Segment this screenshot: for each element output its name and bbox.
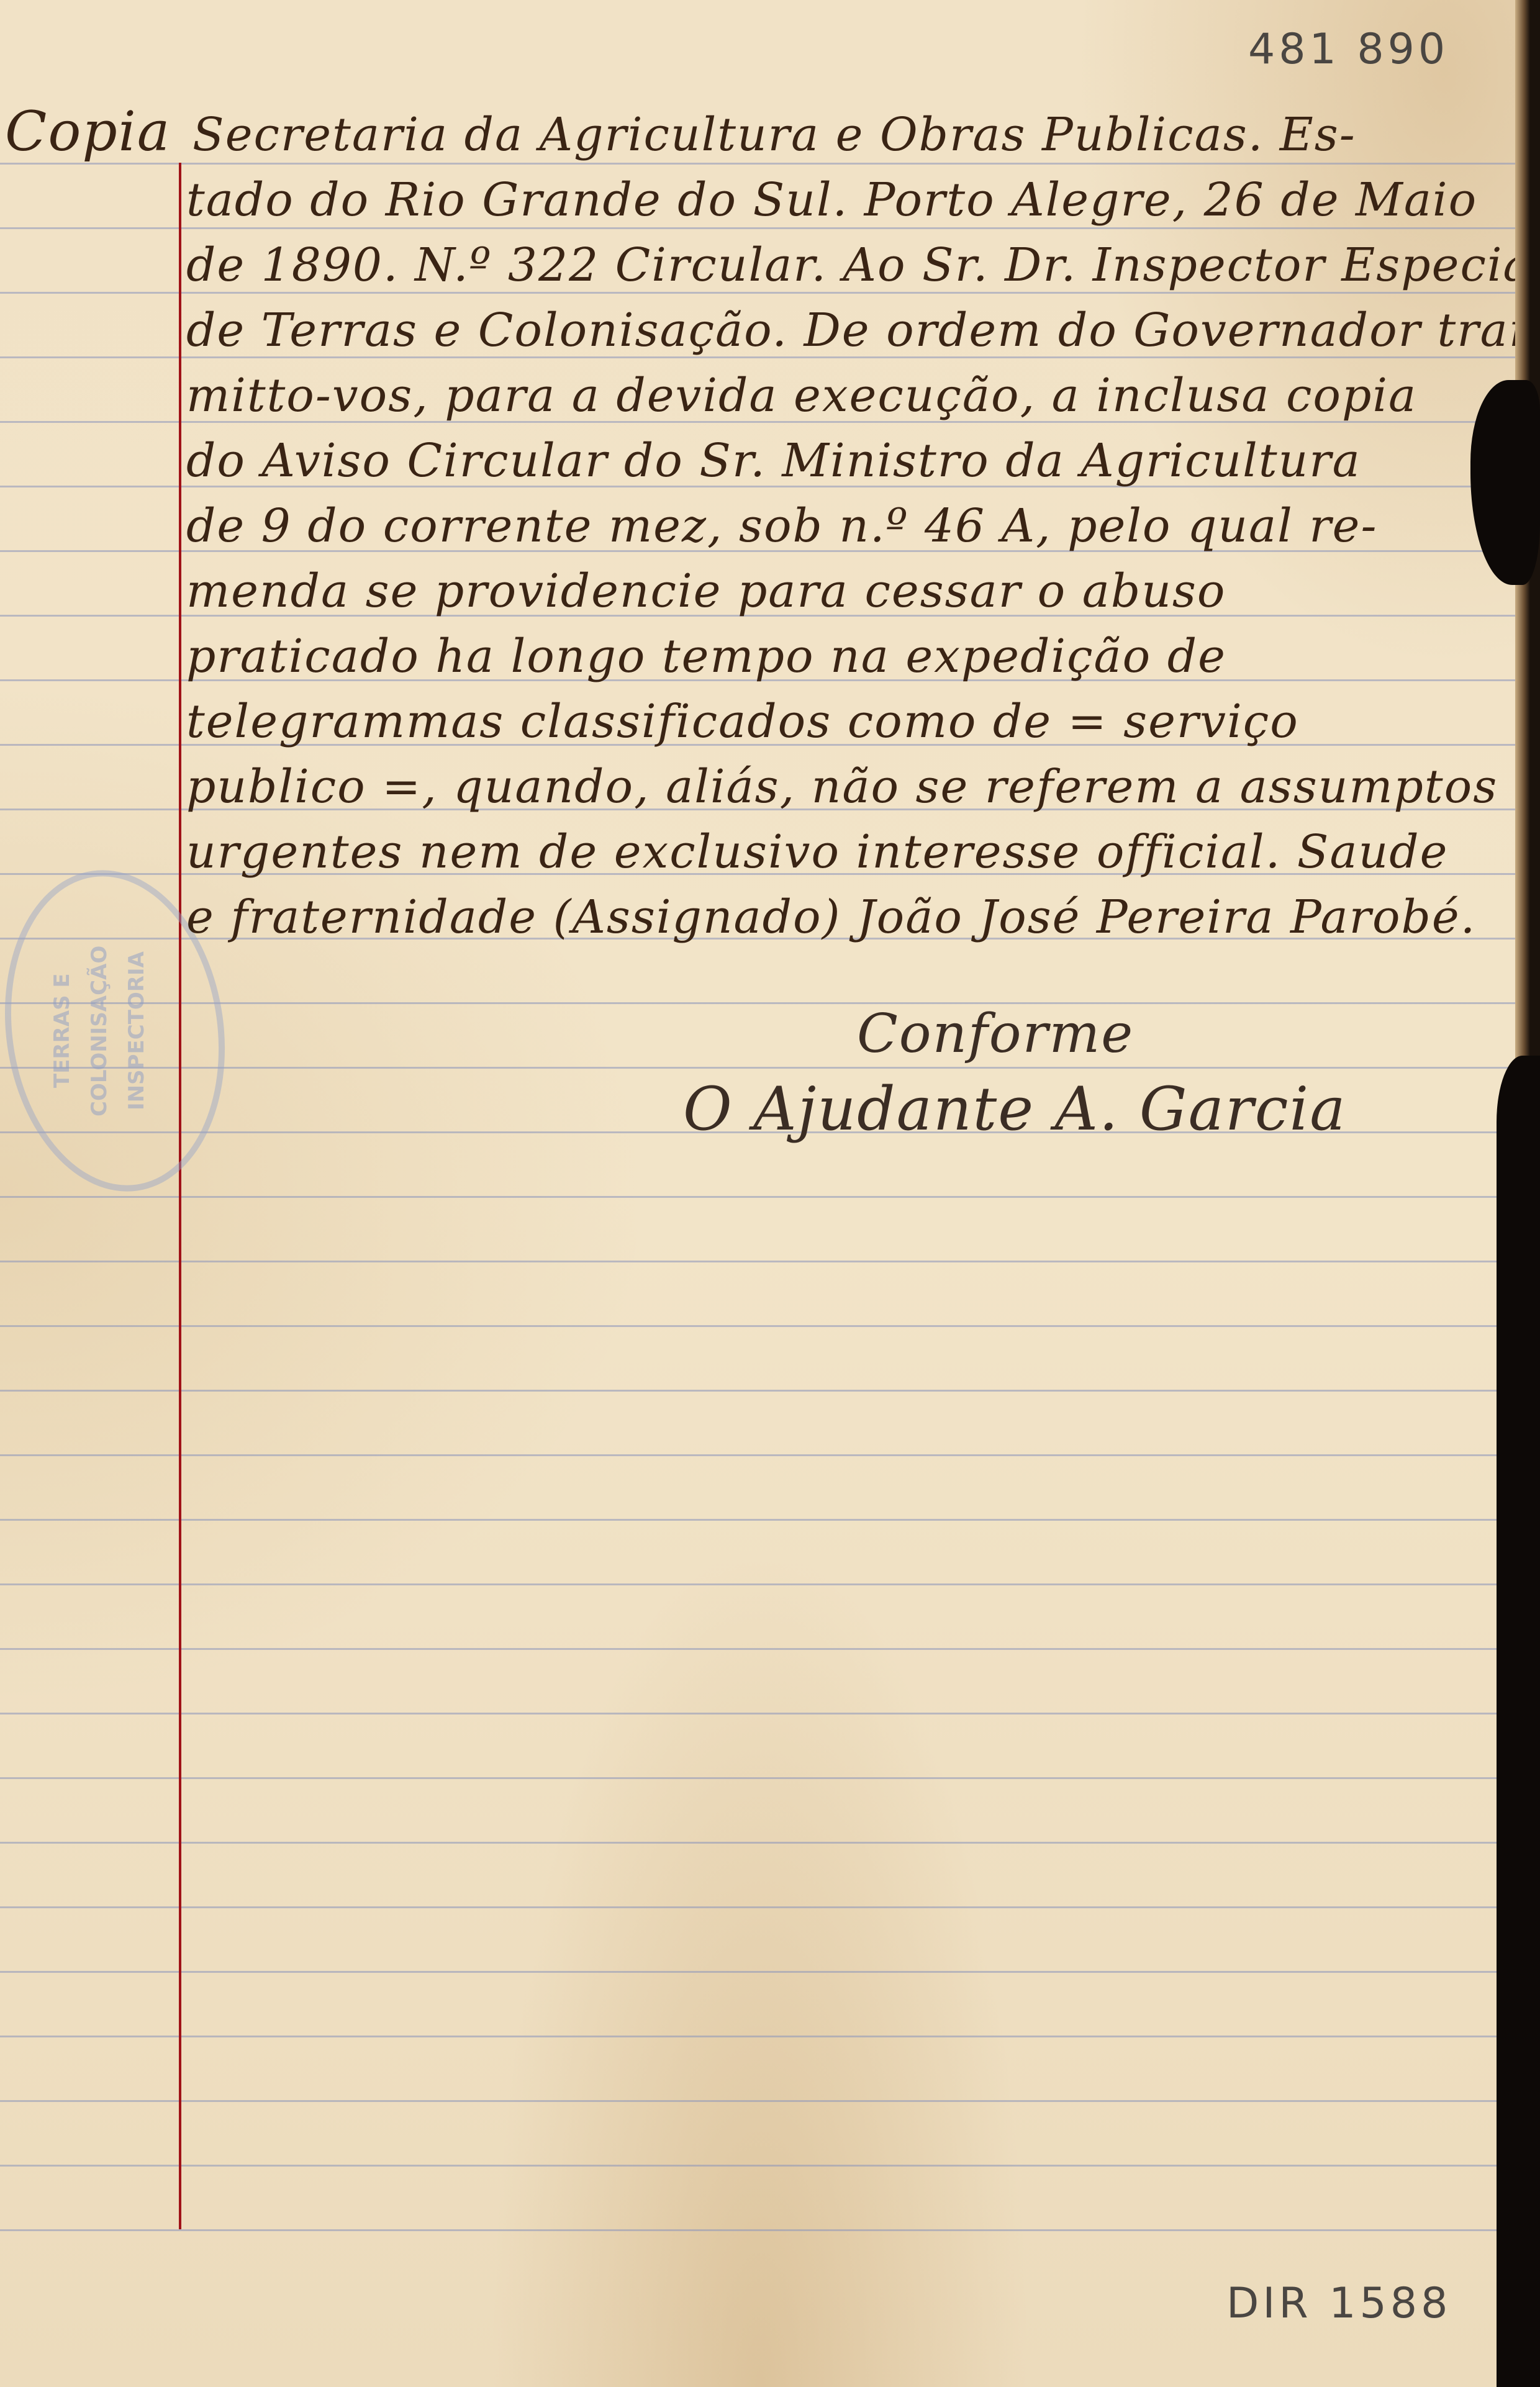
ruled-line bbox=[0, 2229, 1520, 2231]
ruled-line bbox=[0, 1906, 1520, 1908]
body-line: tado do Rio Grande do Sul. Porto Alegre,… bbox=[186, 173, 1477, 227]
scan-background-edge bbox=[1497, 1056, 1540, 2387]
ruled-line bbox=[0, 1519, 1520, 1521]
ruled-line bbox=[0, 1583, 1520, 1585]
ruled-line bbox=[0, 227, 1520, 229]
ruled-line bbox=[0, 1971, 1520, 1973]
body-line: de 9 do corrente mez, sob n.º 46 A, pelo… bbox=[186, 499, 1377, 553]
margin-note-copia: Copia bbox=[5, 99, 171, 163]
body-line: e fraternidade (Assignado) João José Per… bbox=[186, 890, 1476, 944]
ruled-line bbox=[0, 1713, 1520, 1714]
body-line: de 1890. N.º 322 Circular. Ao Sr. Dr. In… bbox=[186, 238, 1540, 292]
body-line: praticado ha longo tempo na expedição de bbox=[186, 630, 1226, 683]
ruled-line bbox=[0, 1842, 1520, 1844]
ruled-line bbox=[0, 2165, 1520, 2167]
ruled-line bbox=[0, 1390, 1520, 1392]
body-line: Secretaria da Agricultura e Obras Public… bbox=[192, 108, 1356, 161]
ruled-line bbox=[0, 2036, 1520, 2037]
signature: O Ajudante A. Garcia bbox=[683, 1074, 1346, 1144]
ruled-line bbox=[0, 1325, 1520, 1327]
body-line: publico =, quando, aliás, não se referem… bbox=[186, 760, 1498, 813]
archive-code: DIR 1588 bbox=[1226, 2279, 1451, 2328]
stamp-text: TERRAS E COLONISAÇÃO INSPECTORIA bbox=[43, 900, 205, 1161]
ruled-line bbox=[0, 1648, 1520, 1650]
ruled-line bbox=[0, 1196, 1520, 1198]
archive-number: 481 890 bbox=[1248, 25, 1449, 74]
ruled-line bbox=[0, 1454, 1520, 1456]
ruled-line bbox=[0, 1261, 1520, 1262]
ruled-line bbox=[0, 163, 1520, 165]
body-line: menda se providencie para cessar o abuso bbox=[186, 564, 1226, 618]
ruled-line bbox=[0, 1777, 1520, 1779]
document-page: TERRAS E COLONISAÇÃO INSPECTORIA 481 890… bbox=[0, 0, 1520, 2387]
red-margin-line bbox=[179, 163, 181, 2229]
ruled-line bbox=[0, 1002, 1520, 1004]
body-line: mitto-vos, para a devida execução, a inc… bbox=[186, 369, 1417, 422]
ruled-line bbox=[0, 1067, 1520, 1069]
ruled-line bbox=[0, 292, 1520, 294]
body-line: de Terras e Colonisação. De ordem do Gov… bbox=[186, 304, 1540, 357]
body-line: do Aviso Circular do Sr. Ministro da Agr… bbox=[186, 434, 1361, 487]
body-line: telegrammas classificados como de = serv… bbox=[186, 695, 1299, 748]
ruled-line bbox=[0, 2100, 1520, 2102]
attestation-conforme: Conforme bbox=[857, 1003, 1134, 1065]
body-line: urgentes nem de exclusivo interesse offi… bbox=[186, 825, 1448, 879]
